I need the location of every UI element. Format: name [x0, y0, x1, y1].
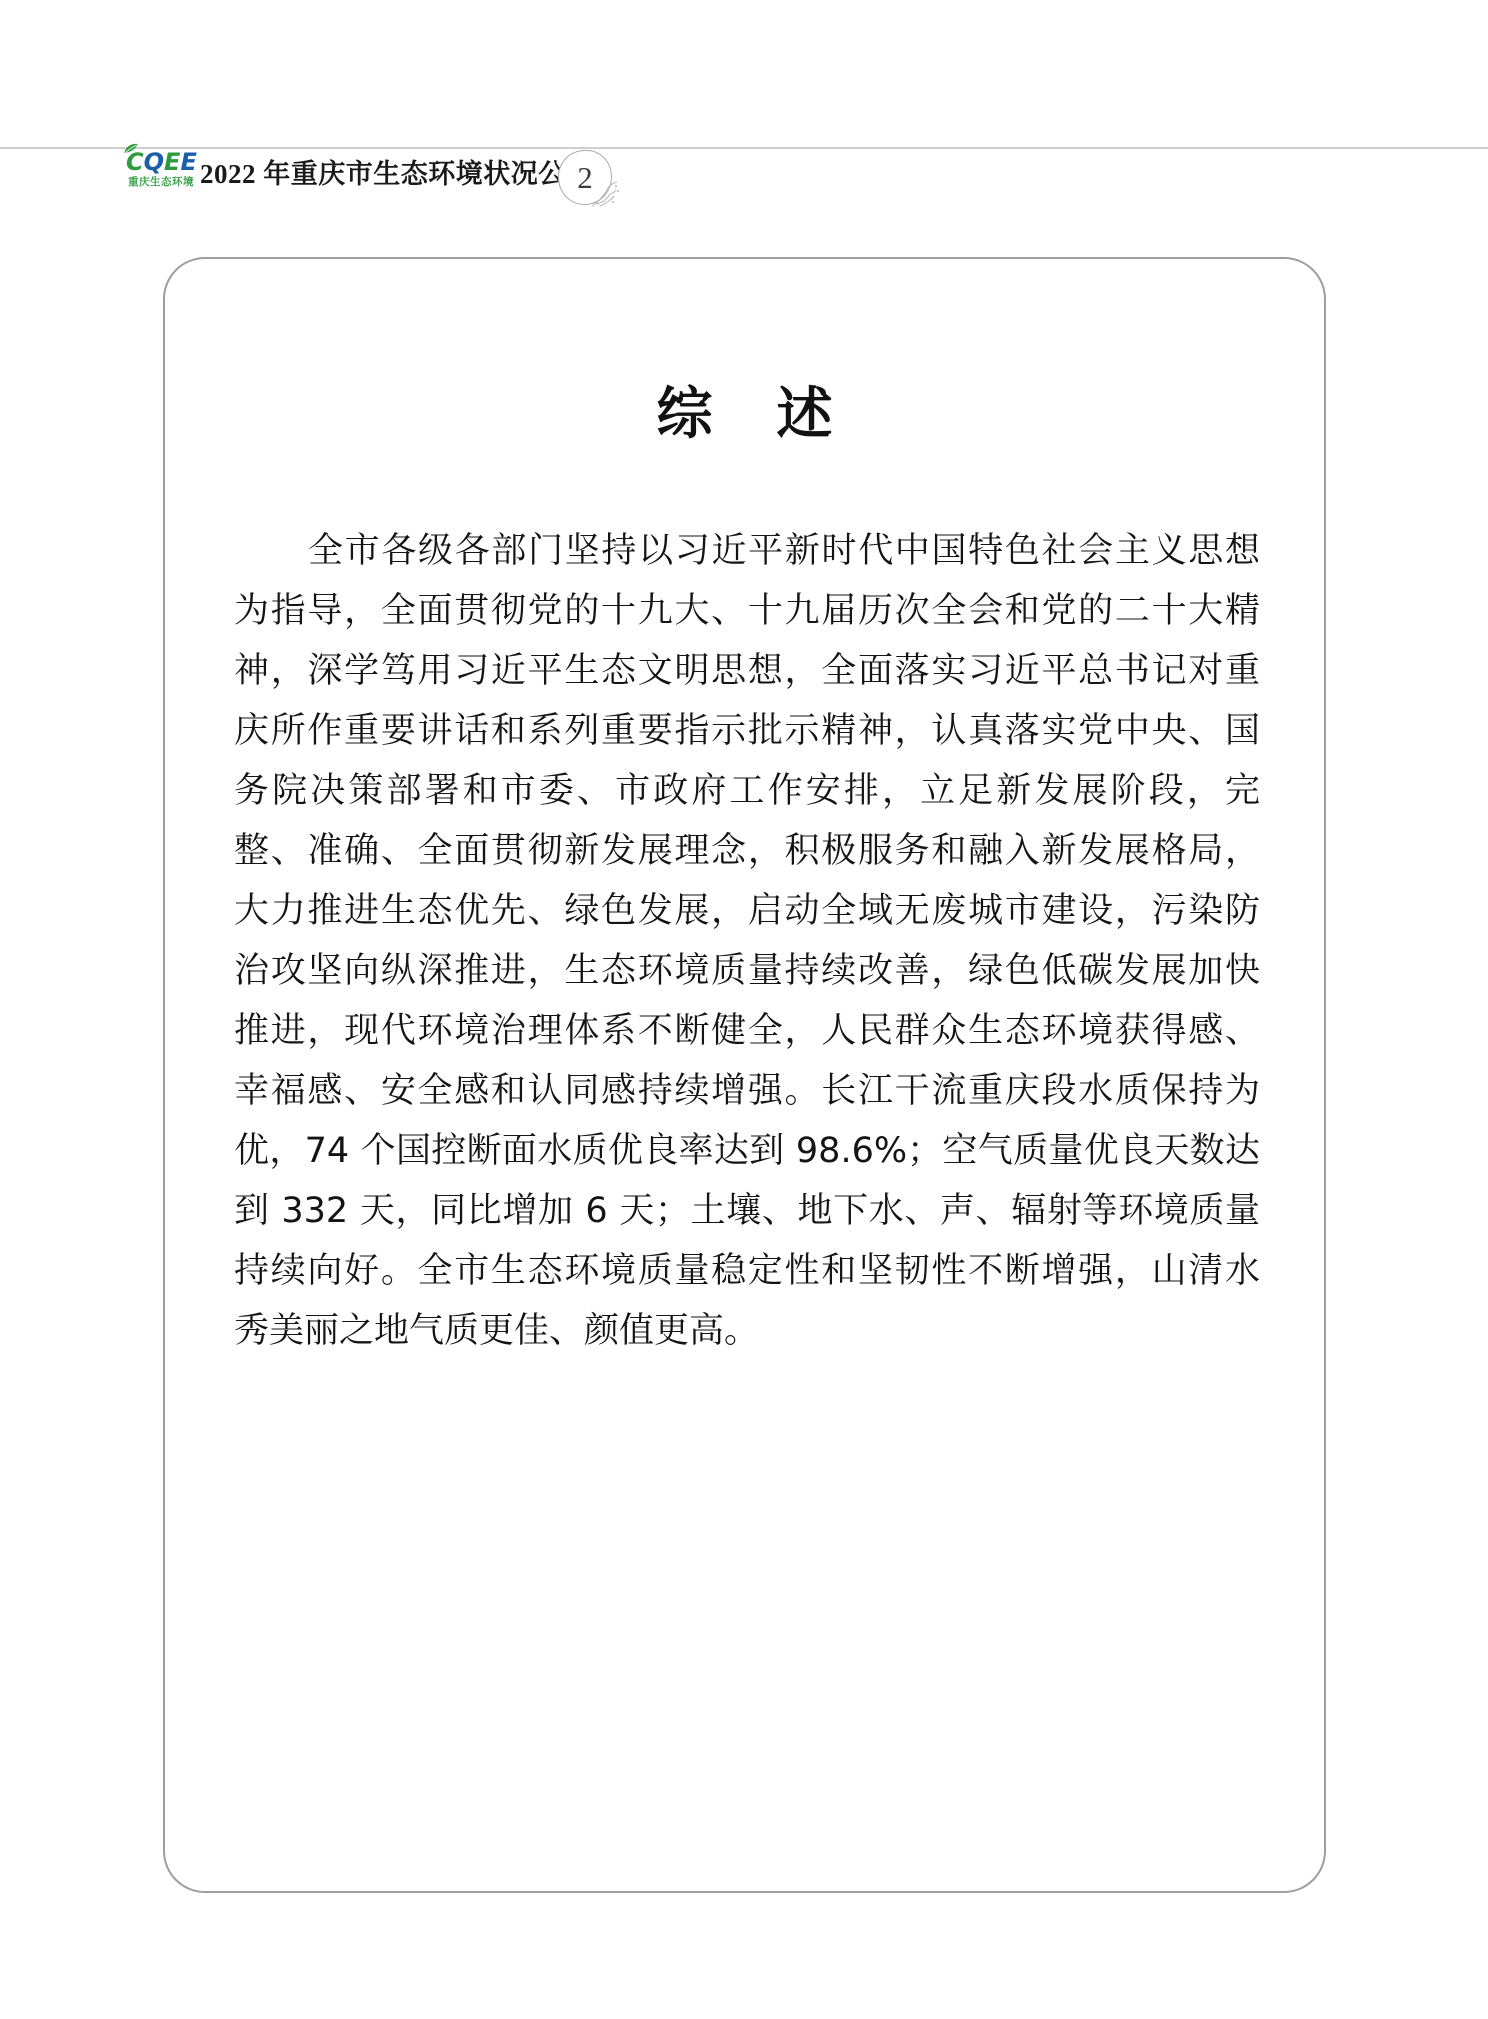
body-paragraph: 全市各级各部门坚持以习近平新时代中国特色社会主义思想 为指导，全面贯彻党的十九大…	[234, 521, 1260, 1361]
section-title: 综 述	[165, 385, 1324, 445]
page-number-badge: 2	[558, 150, 614, 206]
paragraph-line: 全市各级各部门坚持以习近平新时代中国特色社会主义思想	[234, 521, 1260, 581]
paragraph-line: 治攻坚向纵深推进，生态环境质量持续改善，绿色低碳发展加快	[234, 941, 1260, 1001]
paragraph-line: 到 332 天，同比增加 6 天；土壤、地下水、声、辐射等环境质量	[234, 1181, 1260, 1241]
document-page: CQEE 重庆生态环境 2022 年重庆市生态环境状况公报 2 综 述	[0, 0, 1488, 2019]
paragraph-line: 庆所作重要讲话和系列重要指示批示精神，认真落实党中央、国	[234, 701, 1260, 761]
content-box: 综 述 全市各级各部门坚持以习近平新时代中国特色社会主义思想 为指导，全面贯彻党…	[163, 257, 1326, 1893]
paragraph-line: 优，74 个国控断面水质优良率达到 98.6%；空气质量优良天数达	[234, 1121, 1260, 1181]
report-title: 2022 年重庆市生态环境状况公报	[200, 160, 593, 188]
paragraph-line: 持续向好。全市生态环境质量稳定性和坚韧性不断增强，山清水	[234, 1241, 1260, 1301]
cqee-logo: CQEE 重庆生态环境	[126, 151, 196, 189]
paragraph-line: 幸福感、安全感和认同感持续增强。长江干流重庆段水质保持为	[234, 1061, 1260, 1121]
paragraph-line: 整、准确、全面贯彻新发展理念，积极服务和融入新发展格局，	[234, 821, 1260, 881]
logo-letter: E	[164, 148, 180, 176]
header-divider	[0, 147, 1488, 149]
paragraph-line: 大力推进生态优先、绿色发展，启动全域无废城市建设，污染防	[234, 881, 1260, 941]
paragraph-line: 推进，现代环境治理体系不断健全，人民群众生态环境获得感、	[234, 1001, 1260, 1061]
logo-letter: E	[180, 148, 196, 176]
section-title-char: 述	[777, 385, 833, 445]
paragraph-line: 为指导，全面贯彻党的十九大、十九届历次全会和党的二十大精	[234, 581, 1260, 641]
paragraph-line: 神，深学笃用习近平生态文明思想，全面落实习近平总书记对重	[234, 641, 1260, 701]
section-title-char: 综	[657, 385, 713, 445]
leaf-icon	[122, 141, 140, 160]
logo-subtitle: 重庆生态环境	[126, 174, 196, 189]
floral-flourish-icon	[588, 176, 622, 214]
paragraph-line: 秀美丽之地气质更佳、颜值更高。	[234, 1301, 1260, 1361]
paragraph-line: 务院决策部署和市委、市政府工作安排，立足新发展阶段，完	[234, 761, 1260, 821]
logo-letter: Q	[144, 148, 164, 176]
